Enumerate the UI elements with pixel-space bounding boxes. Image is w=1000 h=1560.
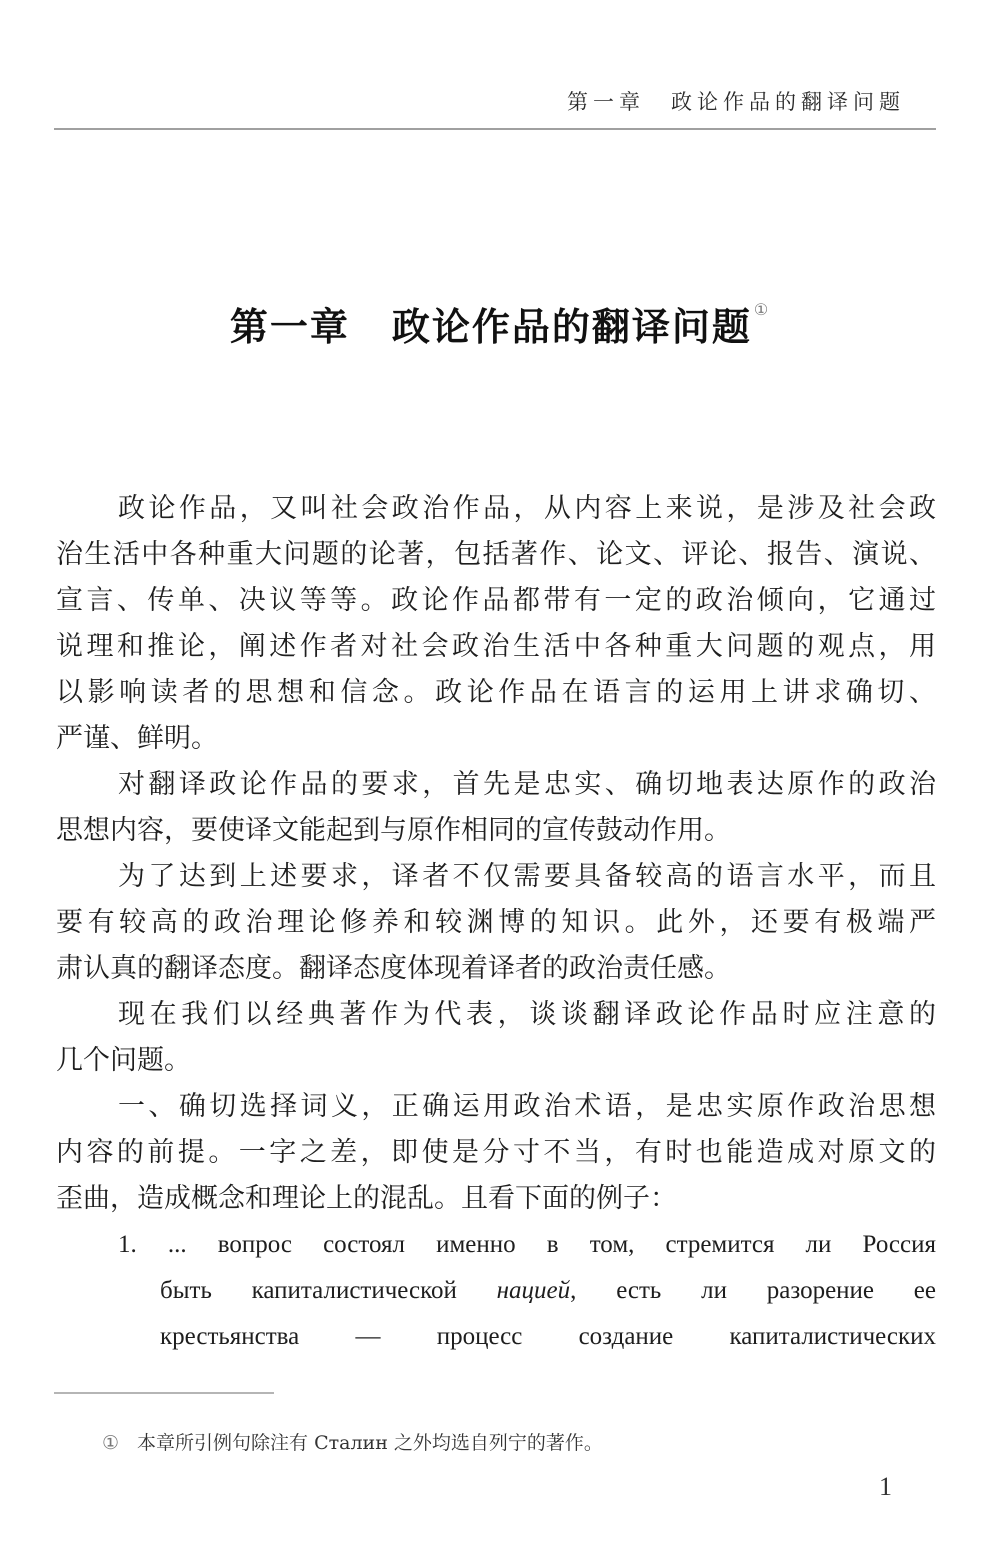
example-line: быть капиталистической нацией, есть ли р…	[56, 1268, 936, 1314]
footnote: ①本章所引例句除注有 Сталин 之外均选自列宁的著作。	[102, 1428, 603, 1455]
chapter-number: 第一章	[230, 304, 350, 349]
paragraph: 对翻译政论作品的要求，首先是忠实、确切地表达原作的政治 思想内容，要使译文能起到…	[56, 762, 936, 854]
body-text: 政论作品，又叫社会政治作品，从内容上来说，是涉及社会政 治生活中各种重大问题的论…	[56, 486, 936, 1360]
header-divider	[54, 128, 936, 130]
text-line: 要有较高的政治理论修养和较渊博的知识。此外，还要有极端严	[56, 900, 936, 946]
emphasized-word: нацией	[497, 1277, 571, 1304]
example-line: 1. ... вопрос состоял именно в том, стре…	[56, 1222, 936, 1268]
text-line: 内容的前提。一字之差，即使是分寸不当，有时也能造成对原文的	[56, 1130, 936, 1176]
text-line: 治生活中各种重大问题的论著，包括著作、论文、评论、报告、演说、	[56, 532, 936, 578]
paragraph: 现在我们以经典著作为代表，谈谈翻译政论作品时应注意的 几个问题。	[56, 992, 936, 1084]
footnote-marker: ①	[102, 1432, 119, 1454]
text-line: 说理和推论，阐述作者对社会政治生活中各种重大问题的观点，用	[56, 624, 936, 670]
page-number: 1	[879, 1472, 892, 1502]
text-line: 政论作品，又叫社会政治作品，从内容上来说，是涉及社会政	[56, 486, 936, 532]
text-line: 宣言、传单、决议等等。政论作品都带有一定的政治倾向，它通过	[56, 578, 936, 624]
text-line: 现在我们以经典著作为代表，谈谈翻译政论作品时应注意的	[56, 992, 936, 1038]
paragraph: 一、确切选择词义，正确运用政治术语，是忠实原作政治思想 内容的前提。一字之差，即…	[56, 1084, 936, 1222]
footnote-text: 本章所引例句除注有 Сталин 之外均选自列宁的著作。	[137, 1432, 603, 1454]
paragraph: 为了达到上述要求，译者不仅需要具备较高的语言水平，而且 要有较高的政治理论修养和…	[56, 854, 936, 992]
text-line: 几个问题。	[56, 1038, 936, 1084]
text-line: 对翻译政论作品的要求，首先是忠实、确切地表达原作的政治	[56, 762, 936, 808]
text-line: 严谨、鲜明。	[56, 716, 936, 762]
text-line: 以影响读者的思想和信念。政论作品在语言的运用上讲求确切、	[56, 670, 936, 716]
footnote-reference[interactable]: ①	[754, 300, 770, 319]
chapter-title: 第一章政论作品的翻译问题①	[0, 296, 1000, 351]
running-head: 第一章 政论作品的翻译问题	[567, 86, 905, 116]
text-line: 一、确切选择词义，正确运用政治术语，是忠实原作政治思想	[56, 1084, 936, 1130]
example-russian: 1. ... вопрос состоял именно в том, стре…	[56, 1222, 936, 1360]
chapter-title-text: 政论作品的翻译问题	[392, 304, 752, 349]
text-line: 歪曲，造成概念和理论上的混乱。且看下面的例子：	[56, 1176, 936, 1222]
text-line: 为了达到上述要求，译者不仅需要具备较高的语言水平，而且	[56, 854, 936, 900]
example-line: крестьянства — процесс создание капитали…	[56, 1314, 936, 1360]
paragraph: 政论作品，又叫社会政治作品，从内容上来说，是涉及社会政 治生活中各种重大问题的论…	[56, 486, 936, 762]
text-line: 肃认真的翻译态度。翻译态度体现着译者的政治责任感。	[56, 946, 936, 992]
example-number: 1.	[118, 1231, 137, 1258]
text-line: 思想内容，要使译文能起到与原作相同的宣传鼓动作用。	[56, 808, 936, 854]
footnote-divider	[54, 1392, 274, 1394]
